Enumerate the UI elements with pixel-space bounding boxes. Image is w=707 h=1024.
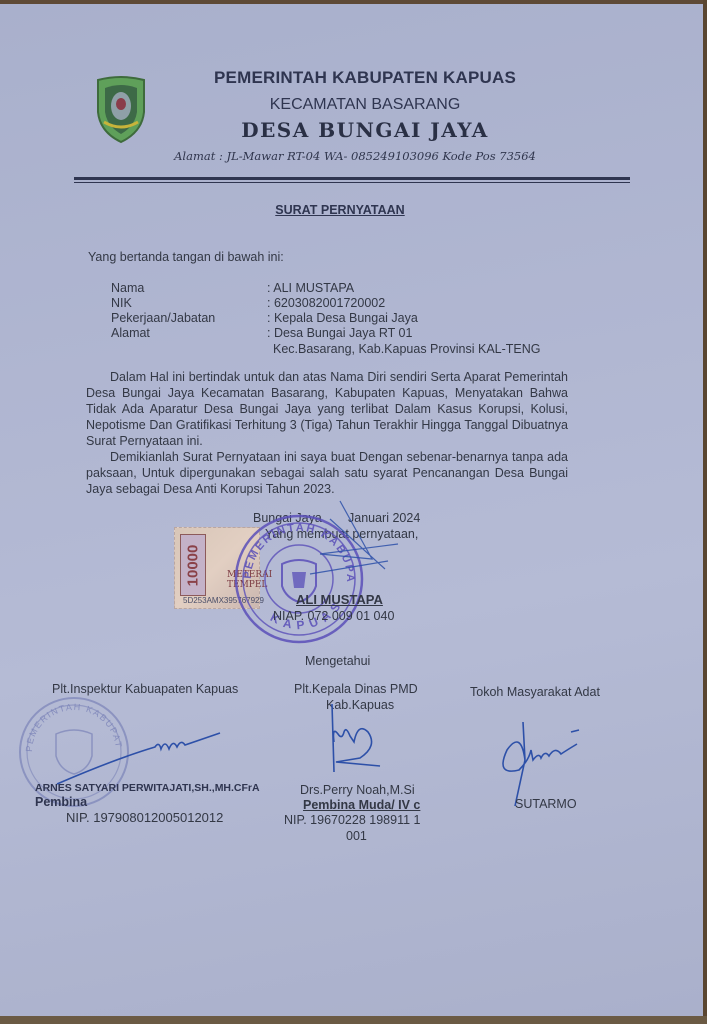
- statement-paragraph-1: Dalam Hal ini bertindak untuk dan atas N…: [86, 369, 568, 449]
- signatory-2-nip: NIP. 19670228 198911 1: [284, 812, 420, 828]
- declarant-signature-icon: [280, 499, 400, 599]
- identity-label-position: Pekerjaan/Jabatan: [111, 310, 215, 326]
- duty-stamp-value-panel: 10000: [180, 534, 206, 596]
- signatory-3-name: SUTARMO: [515, 796, 577, 812]
- identity-value-name: : ALI MUSTAPA: [267, 280, 354, 296]
- signatory-2-title: Plt.Kepala Dinas PMD: [294, 681, 418, 697]
- signatory-1-signature-icon: [55, 719, 225, 789]
- identity-value-position: : Kepala Desa Bungai Jaya: [267, 310, 418, 326]
- signatory-2-nip-line2: 001: [346, 828, 367, 844]
- declarant-nip: NIAP. 072 009 01 040: [273, 608, 394, 624]
- signatory-1-name: ARNES SATYARI PERWITAJATI,SH.,MH.CFrA: [35, 782, 260, 794]
- signatory-2-signature-icon: [322, 702, 392, 774]
- duty-stamp-value: 10000: [185, 538, 202, 594]
- letterhead-divider: [74, 177, 630, 180]
- identity-value-address-line2: Kec.Basarang, Kab.Kapuas Provinsi KAL-TE…: [273, 341, 541, 357]
- photo-background-bottom: [0, 1016, 707, 1024]
- letterhead-district: KECAMATAN BASARANG: [200, 96, 530, 114]
- declarant-name: ALI MUSTAPA: [296, 592, 383, 608]
- intro-text: Yang bertanda tangan di bawah ini:: [88, 249, 284, 265]
- statement-paragraph-2: Demikianlah Surat Pernyataan ini saya bu…: [86, 449, 568, 497]
- letterhead-divider-thin: [74, 182, 630, 183]
- identity-value-address: : Desa Bungai Jaya RT 01: [267, 325, 412, 341]
- identity-value-nik: : 6203082001720002: [267, 295, 385, 311]
- signatory-2-rank: Pembina Muda/ IV c: [303, 797, 420, 813]
- regency-emblem-icon: [92, 74, 150, 144]
- letterhead-address: Alamat : JL-Mawar RT-04 WA- 085249103096…: [150, 149, 560, 163]
- identity-label-nik: NIK: [111, 295, 132, 311]
- identity-label-name: Nama: [111, 280, 144, 296]
- signatory-1-nip: NIP. 197908012005012012: [66, 810, 223, 826]
- signatory-2-name: Drs.Perry Noah,M.Si: [300, 782, 415, 798]
- acknowledgement-heading: Mengetahui: [305, 653, 370, 669]
- signatory-3-title: Tokoh Masyarakat Adat: [470, 684, 600, 700]
- signatory-1-rank: Pembina: [35, 795, 87, 809]
- letterhead-village: DESA BUNGAI JAYA: [200, 118, 530, 142]
- letter-page: PEMERINTAH KABUPATEN KAPUAS KECAMATAN BA…: [0, 4, 703, 1016]
- document-title: SURAT PERNYATAAN: [200, 203, 480, 217]
- photo-background-right: [703, 0, 707, 1024]
- statement-paragraph-2-text: Demikianlah Surat Pernyataan ini saya bu…: [86, 449, 568, 497]
- signatory-1-title: Plt.Inspektur Kabuapaten Kapuas: [52, 681, 238, 697]
- letterhead-government: PEMERINTAH KABUPATEN KAPUAS: [200, 68, 530, 88]
- identity-label-address: Alamat: [111, 325, 150, 341]
- statement-paragraph-1-text: Dalam Hal ini bertindak untuk dan atas N…: [86, 369, 568, 449]
